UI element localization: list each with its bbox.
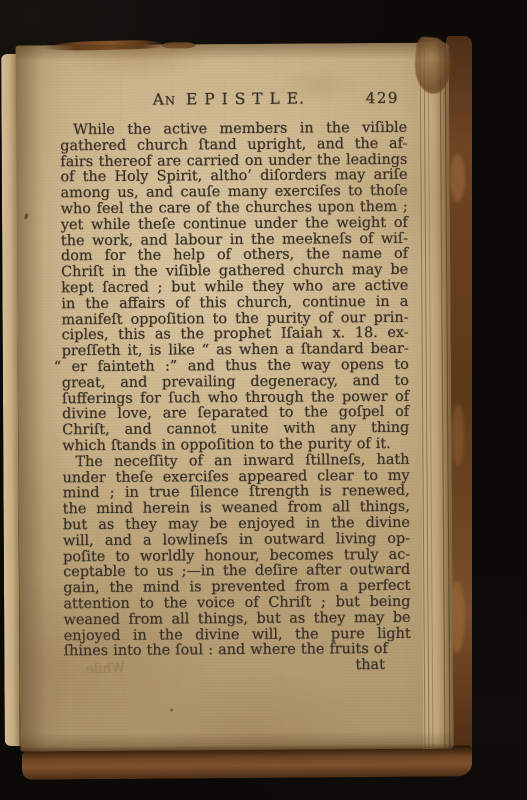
ink-speck xyxy=(24,213,29,220)
torn-leather-flake xyxy=(45,39,163,51)
header-word: E P I S T L E. xyxy=(186,90,305,109)
page-number: 429 xyxy=(366,89,399,107)
header-article-n: N xyxy=(165,93,176,107)
torn-leather-flake xyxy=(162,42,196,48)
lines: While the active members in the viſibleg… xyxy=(60,121,411,661)
showthrough-text: While xyxy=(86,660,126,678)
text-block: While the active members in the viſibleg… xyxy=(60,121,411,676)
header-article-a: A xyxy=(153,90,165,108)
book-page: ANE P I S T L E. 429 While the active me… xyxy=(16,42,454,751)
photo-backdrop: ANE P I S T L E. 429 While the active me… xyxy=(0,0,527,800)
screenshot-root: { "page": { "header": { "article_a": "A"… xyxy=(0,0,527,800)
running-header: ANE P I S T L E. 429 xyxy=(60,89,407,111)
ink-speck xyxy=(170,708,173,711)
fore-edge-pages xyxy=(419,42,454,748)
header-title: ANE P I S T L E. xyxy=(153,90,305,109)
leather-wear-patch xyxy=(452,404,464,466)
leather-wear-patch xyxy=(450,154,465,202)
ink-speck xyxy=(257,584,259,586)
